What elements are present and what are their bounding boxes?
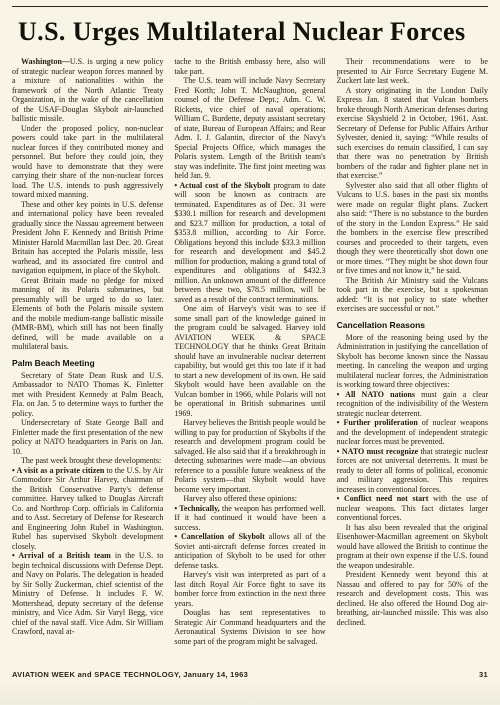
article-paragraph: Under the proposed policy, non-nuclear p… [12,124,163,200]
article-paragraph: Secretary of State Dean Rusk and U.S. Am… [12,371,163,419]
page-footer: AVIATION WEEK and SPACE TECHNOLOGY, Janu… [12,670,488,679]
article-paragraph: A story originating in the London Daily … [337,86,488,181]
bullet-item: • A visit as a private citizen to the U.… [12,466,163,552]
article-paragraph: Great Britain made no pledge for mixed m… [12,276,163,352]
article-paragraph: Washington—U.S. is urging a new policy o… [12,57,163,124]
bullet-item: • Actual cost of the Skybolt program to … [174,181,325,305]
article-paragraph: More of the reasoning being used by the … [337,333,488,390]
page-number: 31 [479,670,488,679]
article-paragraph: President Kennedy went beyond this at Na… [337,570,488,627]
article-paragraph: Undersecretary of State George Ball and … [12,418,163,456]
publication-line: AVIATION WEEK and SPACE TECHNOLOGY, Janu… [12,670,248,679]
article-column-1: Washington—U.S. is urging a new policy o… [12,57,163,646]
article-paragraph: tache to the British embassy here, also … [174,57,325,76]
bullet-item: • Conflict need not start with the use o… [337,494,488,523]
bullet-item: • Cancellation of Skybolt allows all of … [174,532,325,570]
article-paragraph: Douglas has sent representatives to Stra… [174,608,325,646]
article-title: U.S. Urges Multilateral Nuclear Forces [18,17,488,47]
article-paragraph: Sylvester also said that all other fligh… [337,181,488,276]
bullet-item: • Further proliferation of nuclear weapo… [337,418,488,447]
section-heading: Cancellation Reasons [337,320,488,330]
article-column-2: tache to the British embassy here, also … [174,57,325,646]
magazine-page: U.S. Urges Multilateral Nuclear Forces W… [0,0,500,705]
article-paragraph: Harvey also offered these opinions: [174,494,325,504]
article-paragraph: The past week brought these developments… [12,456,163,466]
article-paragraph: Their recommendations were to be present… [337,57,488,86]
article-paragraph: The U.S. team will include Navy Secretar… [174,76,325,181]
top-rule [12,6,488,7]
article-paragraph: It has also been revealed that the origi… [337,523,488,571]
article-paragraph: These and other key points in U.S. defen… [12,200,163,276]
article-column-3: Their recommendations were to be present… [337,57,488,646]
section-heading: Palm Beach Meeting [12,358,163,368]
article-paragraph: Harvey's visit was interpreted as part o… [174,570,325,608]
bullet-icon: • [174,532,181,541]
bullet-item: • Technically, the weapon has performed … [174,504,325,533]
article-body: Washington—U.S. is urging a new policy o… [12,57,488,646]
bullet-item: • NATO must recognize that strategic nuc… [337,447,488,495]
bullet-item: • Arrival of a British team in the U.S. … [12,551,163,637]
article-paragraph: One aim of Harvey's visit was to see if … [174,304,325,418]
bullet-item: • All NATO nations must gain a clear rec… [337,390,488,419]
article-paragraph: The British Air Ministry said the Vulcan… [337,276,488,314]
bullet-icon: • [337,494,344,503]
article-paragraph: Harvey believes the British people would… [174,418,325,494]
bullet-icon: • [337,390,346,399]
